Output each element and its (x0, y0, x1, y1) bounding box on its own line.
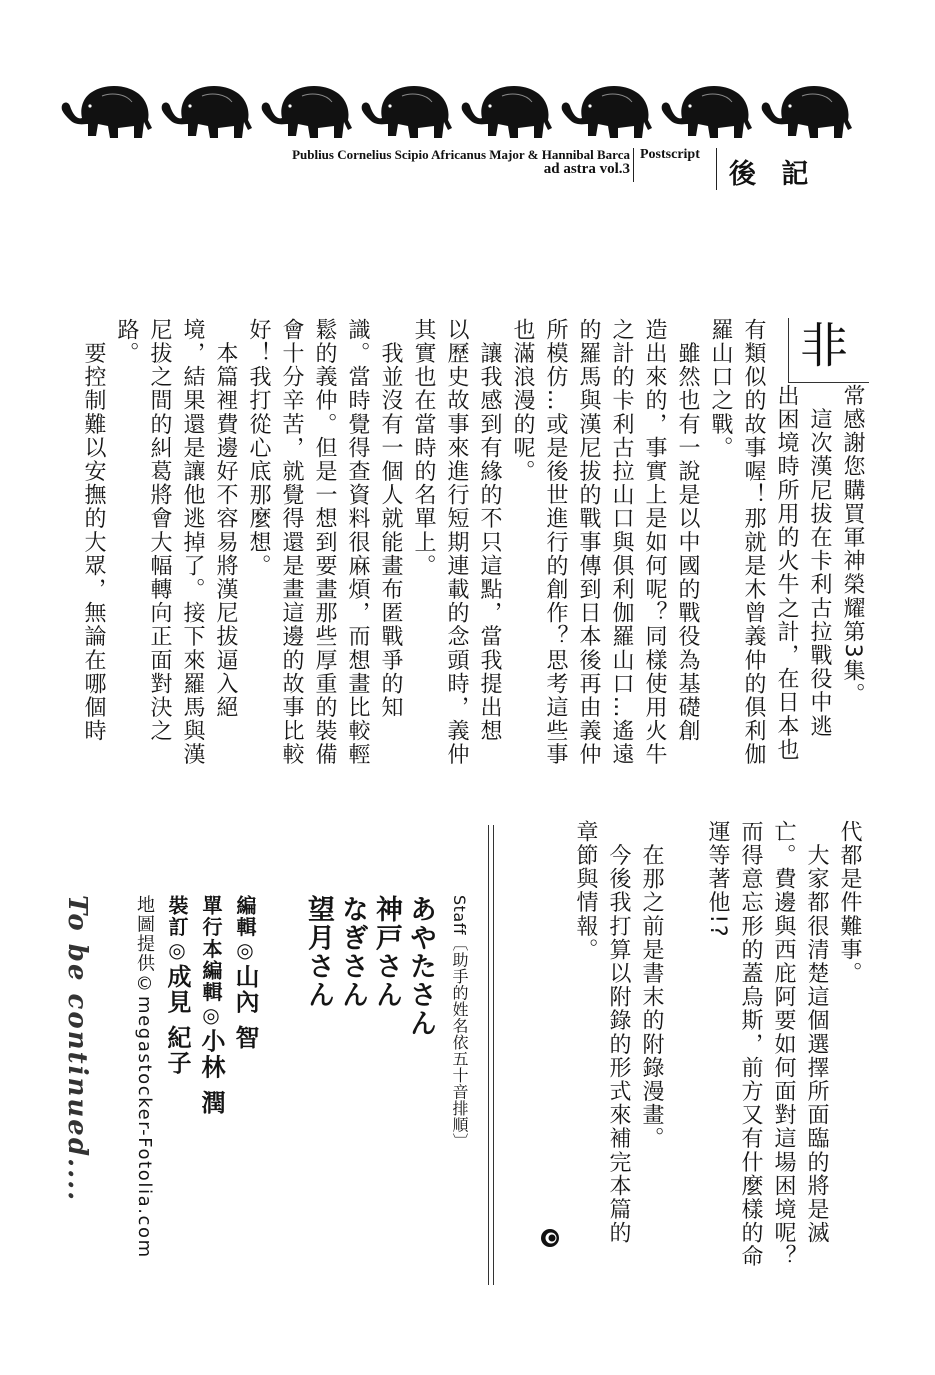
staff-note: ︹助手的姓名依五十音排順︺ (450, 935, 469, 1150)
body-column: 造出來的，事實上是如何呢？同樣使用火牛 (640, 318, 668, 766)
section-title-zh: 後 記 (729, 152, 816, 191)
map-credit: 地圖提供©megastocker-Fotolia.com (130, 895, 158, 1259)
body-column: 本篇裡費邊好不容易將漢尼拔逼入絕 (211, 318, 239, 719)
body-column: 尼拔之間的糾葛將會大幅轉向正面對決之 (145, 318, 173, 743)
body-column: 代都是件難事。 (835, 820, 863, 985)
section-divider (488, 825, 494, 1285)
elephant-icon (158, 80, 258, 142)
dropcap: 非 (800, 318, 848, 374)
body-column: 羅山口之戰。 (706, 318, 734, 460)
credit-role: 裝訂◎ (165, 895, 189, 964)
credit-editor: 編輯◎山內 智 (232, 895, 258, 1051)
body-column: 讓我感到有緣的不只這點，當我提出想 (475, 318, 503, 743)
body-column: 會十分辛苦，就覺得還是畫這邊的故事比較 (277, 318, 305, 766)
body-column: 其實也在當時的名單上。 (409, 318, 437, 578)
elephant-icon (558, 80, 658, 142)
body-column: 章節與情報。 (571, 820, 599, 962)
body-column: 常感謝您購買軍神榮耀第3集。 (838, 384, 866, 706)
credit-book-editor: 單行本編輯◎小林 潤 (198, 895, 224, 1115)
assistant-name: 神戸さん (369, 895, 403, 1009)
body-column: 的羅馬與漢尼拔的戰事傳到日本後再由義仲 (574, 318, 602, 766)
credit-role: 單行本編輯◎ (199, 895, 223, 1029)
elephant-icon (458, 80, 558, 142)
body-column: 我並沒有一個人就能畫布匿戰爭的知 (376, 318, 404, 719)
body-column: 識。當時覺得查資料很麻煩，而想畫比較輕 (343, 318, 371, 766)
credit-name: 成見 紀子 (163, 964, 191, 1076)
section-title-en: Postscript (640, 147, 700, 163)
to-be-continued: To be continued.... (62, 895, 92, 1202)
series-title-block: Publius Cornelius Scipio Africanus Major… (254, 147, 630, 177)
elephant-icon (258, 80, 358, 142)
header-divider (716, 148, 717, 190)
body-column: 在那之前是書末的附錄漫畫。 (637, 820, 665, 1150)
body-column: 所模仿…或是後世進行的創作？思考這些事 (541, 318, 569, 766)
body-column: 運等著他!? (703, 820, 731, 938)
elephant-frieze (58, 80, 868, 142)
credit-name: 小林 潤 (197, 1029, 225, 1116)
body-column: 要控制難以安撫的大眾，無論在哪個時 (79, 318, 107, 743)
body-column: 有類似的故事喔！那就是木曾義仲的俱利伽 (739, 318, 767, 766)
series-title: Publius Cornelius Scipio Africanus Major… (254, 147, 630, 162)
body-column: 境，結果還是讓他逃掉了。接下來羅馬與漢 (178, 318, 206, 766)
body-column: 也滿浪漫的呢。 (508, 318, 536, 483)
staff-label: Staff (450, 895, 469, 935)
assistant-name: 望月さん (301, 895, 335, 1009)
body-column: 以歷史故事來進行短期連載的念頭時，義仲 (442, 318, 470, 766)
body-column: 好！我打從心底那麼想。 (244, 318, 272, 578)
elephant-icon (58, 80, 158, 142)
body-column: 路。 (112, 318, 140, 365)
volume-label: ad astra vol.3 (254, 162, 630, 177)
staff-heading: Staff︹助手的姓名依五十音排順︺ (445, 895, 473, 1150)
body-column: 鬆的義仲。但是一想到要畫那些厚重的裝備 (310, 318, 338, 766)
elephant-icon (658, 80, 758, 142)
elephant-icon (358, 80, 458, 142)
body-column: 出困境時所用的火牛之計，在日本也 (772, 384, 800, 762)
body-column: 而得意忘形的蓋烏斯，前方又有什麼樣的命 (736, 820, 764, 1268)
body-column: 雖然也有一說是以中國的戰役為基礎創 (673, 318, 701, 743)
body-column: 之計的卡利古拉山口與俱利伽羅山口…遙遠 (607, 318, 635, 766)
body-column: 大家都很清楚這個選擇所面臨的將是滅 (802, 820, 830, 1245)
elephant-icon (758, 80, 858, 142)
credit-name: 山內 智 (231, 964, 259, 1051)
header-divider (633, 148, 634, 182)
credit-binding: 裝訂◎成見 紀子 (164, 895, 190, 1076)
body-column: 今後我打算以附錄的形式來補完本篇的 (604, 820, 632, 1245)
assistant-name: なぎさん (335, 895, 369, 1009)
credit-role: 編輯◎ (233, 895, 257, 964)
assistant-name: あやたさん (403, 895, 437, 1038)
body-column: 亡。費邊與西庇阿要如何面對這場困境呢？ (769, 820, 797, 1268)
body-column: 這次漢尼拔在卡利古拉戰役中逃 (805, 384, 833, 738)
spiral-end-mark-icon (540, 1228, 560, 1248)
